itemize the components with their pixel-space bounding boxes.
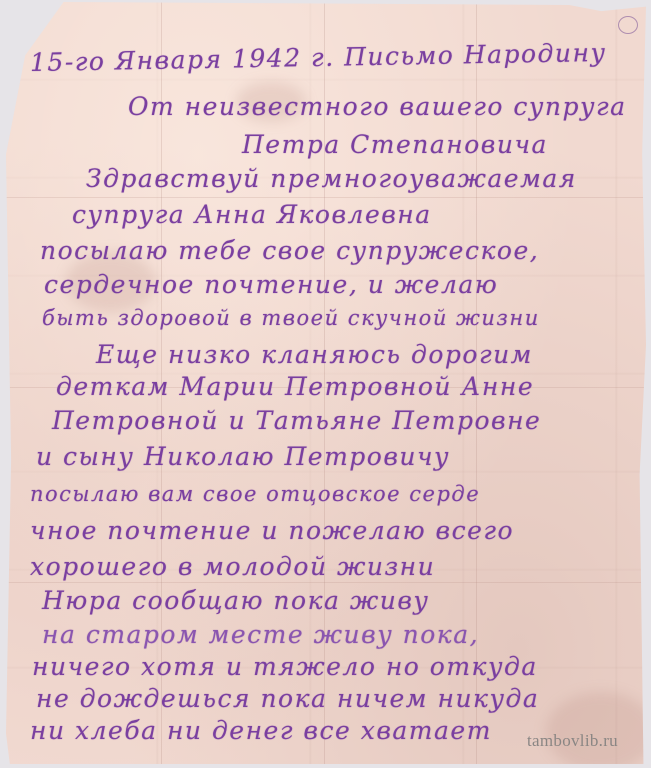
letter-line: Еще низко кланяюсь дорогим [96,340,533,369]
letter-line: Нюра сообщаю пока живу [42,586,429,615]
watermark-text: tambovlib.ru [527,731,618,751]
letter-line: сердечное почтение, и желаю [44,270,498,299]
letter-line: посылаю тебе свое супружеское, [40,236,539,265]
letter-line: Петровной и Татьяне Петровне [52,406,541,435]
letter-header-line: 15-го Января 1942 г. Письмо Народину [30,38,607,77]
letter-line: От неизвестного вашего супруга [128,92,627,121]
letter-line: деткам Марии Петровной Анне [56,372,534,401]
letter-line: ни хлеба ни денег все хватает [30,716,492,745]
letter-line: посылаю вам свое отцовское серде [30,482,480,506]
handwritten-letter: 15-го Января 1942 г. Письмо Народину От … [0,0,651,768]
letter-line: Здравствуй премногоуважаемая [86,164,577,193]
letter-line: и сыну Николаю Петровичу [36,442,450,471]
letter-line: ничего хотя и тяжело но откуда [32,652,538,681]
letter-line: не дождешься пока ничем никуда [36,684,539,713]
letter-line: Петра Степановича [242,130,548,159]
letter-line: на старом месте живу пока, [42,620,479,649]
letter-line: хорошего в молодой жизни [30,552,435,581]
letter-line: чное почтение и пожелаю всего [30,516,514,545]
letter-line: быть здоровой в твоей скучной жизни [42,306,540,330]
letter-line: супруга Анна Яковлевна [72,200,432,229]
